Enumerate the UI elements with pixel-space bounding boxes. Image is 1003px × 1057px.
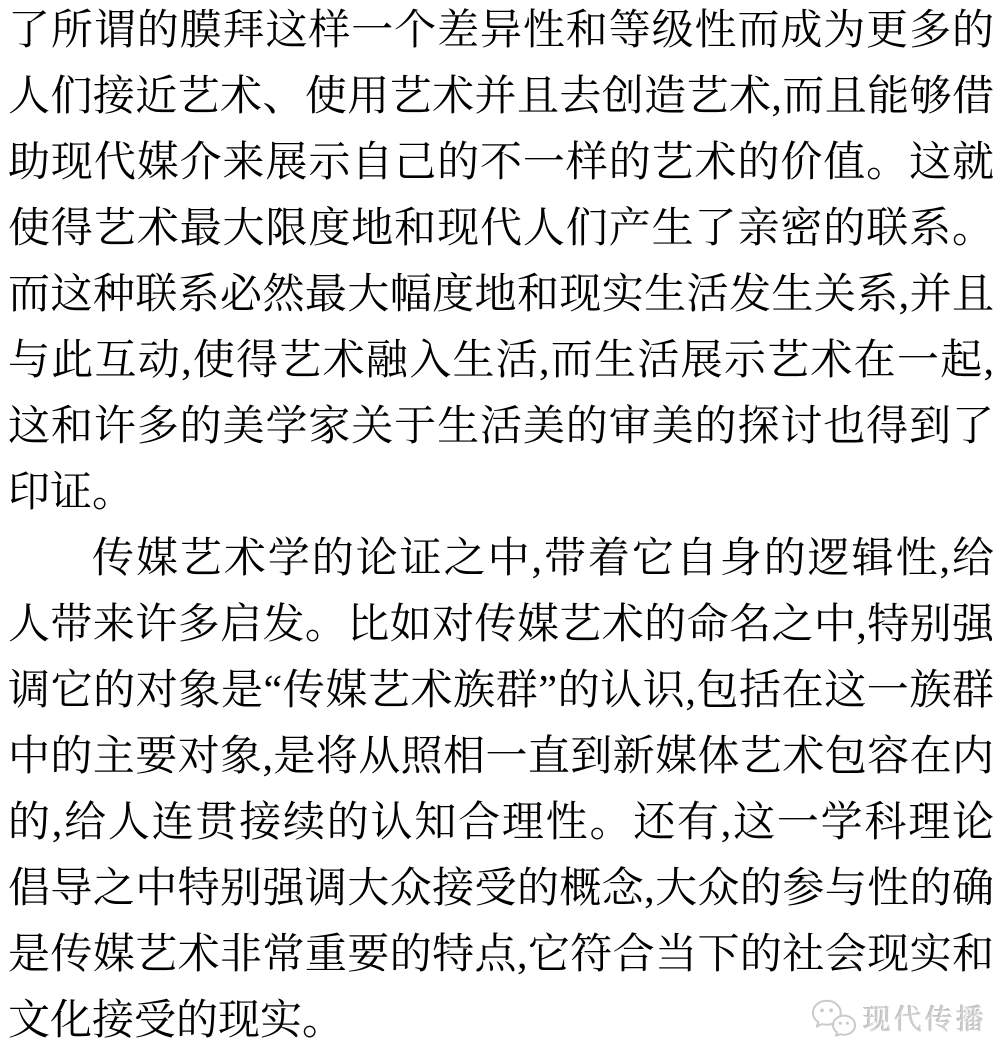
paragraph-2: 传媒艺术学的论证之中,带着它自身的逻辑性,给人带来许多启发。比如对传媒艺术的命名…: [8, 526, 994, 1054]
article-text: 了所谓的膜拜这样一个差异性和等级性而成为更多的人们接近艺术、使用艺术并且去创造艺…: [8, 0, 994, 1054]
page: 了所谓的膜拜这样一个差异性和等级性而成为更多的人们接近艺术、使用艺术并且去创造艺…: [0, 0, 1003, 1057]
paragraph-1: 了所谓的膜拜这样一个差异性和等级性而成为更多的人们接近艺术、使用艺术并且去创造艺…: [8, 0, 994, 526]
